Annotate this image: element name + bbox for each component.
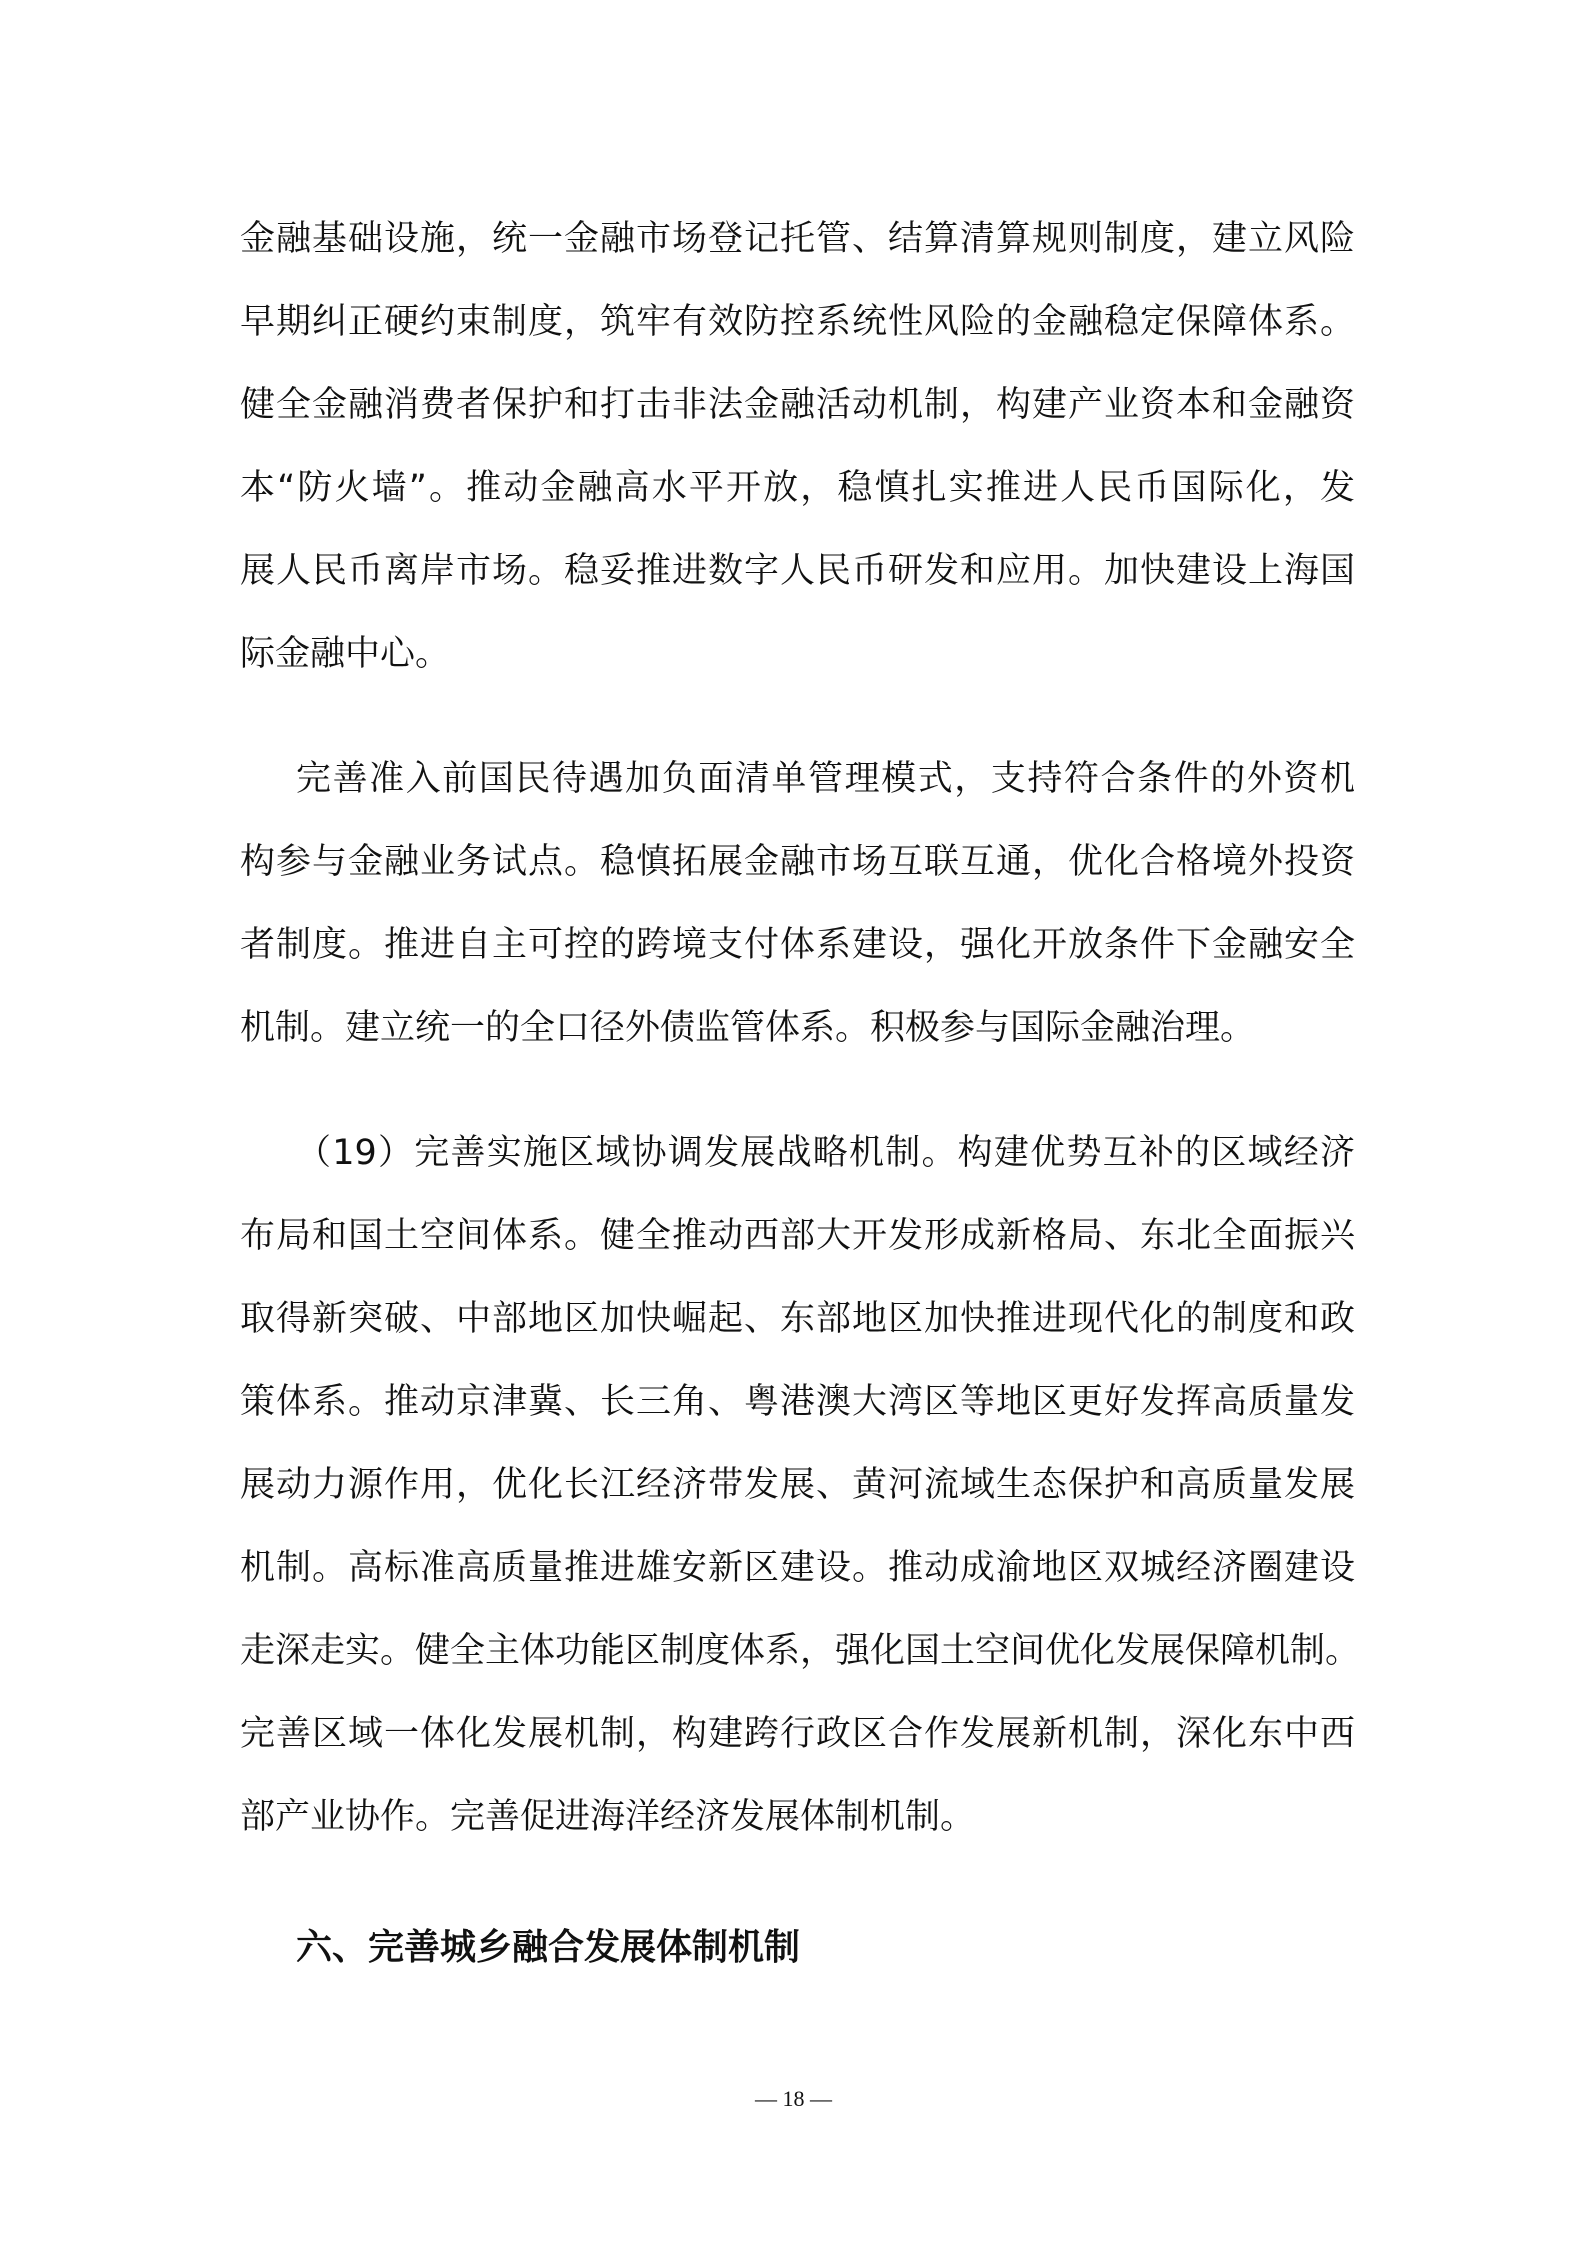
paragraph-1-line-5: 展人民币离岸市场。稳妥推进数字人民币研发和应用。加快建设上海国 [240, 549, 1355, 593]
section-heading: 六、完善城乡融合发展体制机制 [296, 1925, 800, 1971]
paragraph-2-line-3: 者制度。推进自主可控的跨境支付体系建设，强化开放条件下金融安全 [240, 923, 1355, 967]
paragraph-3-line-4: 策体系。推动京津冀、长三角、粤港澳大湾区等地区更好发挥高质量发 [240, 1380, 1355, 1424]
paragraph-3-line-6: 机制。高标准高质量推进雄安新区建设。推动成渝地区双城经济圈建设 [240, 1546, 1355, 1590]
paragraph-3-line-9: 部产业协作。完善促进海洋经济发展体制机制。 [240, 1795, 1355, 1839]
paragraph-2-line-4: 机制。建立统一的全口径外债监管体系。积极参与国际金融治理。 [240, 1006, 1355, 1050]
document-page: 金融基础设施，统一金融市场登记托管、结算清算规则制度，建立风险 早期纠正硬约束制… [0, 0, 1587, 2245]
paragraph-1-line-6: 际金融中心。 [240, 632, 1355, 676]
paragraph-2-line-1: 完善准入前国民待遇加负面清单管理模式，支持符合条件的外资机 [296, 757, 1355, 801]
paragraph-1-line-3: 健全金融消费者保护和打击非法金融活动机制，构建产业资本和金融资 [240, 383, 1355, 427]
paragraph-3-line-7: 走深走实。健全主体功能区制度体系，强化国土空间优化发展保障机制。 [240, 1629, 1355, 1673]
paragraph-3-line-3: 取得新突破、中部地区加快崛起、东部地区加快推进现代化的制度和政 [240, 1297, 1355, 1341]
paragraph-3-line-5: 展动力源作用，优化长江经济带发展、黄河流域生态保护和高质量发展 [240, 1463, 1355, 1507]
paragraph-1-line-1: 金融基础设施，统一金融市场登记托管、结算清算规则制度，建立风险 [240, 217, 1355, 261]
paragraph-1-line-2: 早期纠正硬约束制度，筑牢有效防控系统性风险的金融稳定保障体系。 [240, 300, 1355, 344]
paragraph-3-line-2: 布局和国土空间体系。健全推动西部大开发形成新格局、东北全面振兴 [240, 1214, 1355, 1258]
paragraph-3-line-1: （19）完善实施区域协调发展战略机制。构建优势互补的区域经济 [296, 1131, 1355, 1175]
page-number: — 18 — [0, 2084, 1587, 2114]
paragraph-1-line-4: 本“防火墙”。推动金融高水平开放，稳慎扎实推进人民币国际化，发 [240, 466, 1355, 510]
paragraph-3-line-8: 完善区域一体化发展机制，构建跨行政区合作发展新机制，深化东中西 [240, 1712, 1355, 1756]
paragraph-2-line-2: 构参与金融业务试点。稳慎拓展金融市场互联互通，优化合格境外投资 [240, 840, 1355, 884]
